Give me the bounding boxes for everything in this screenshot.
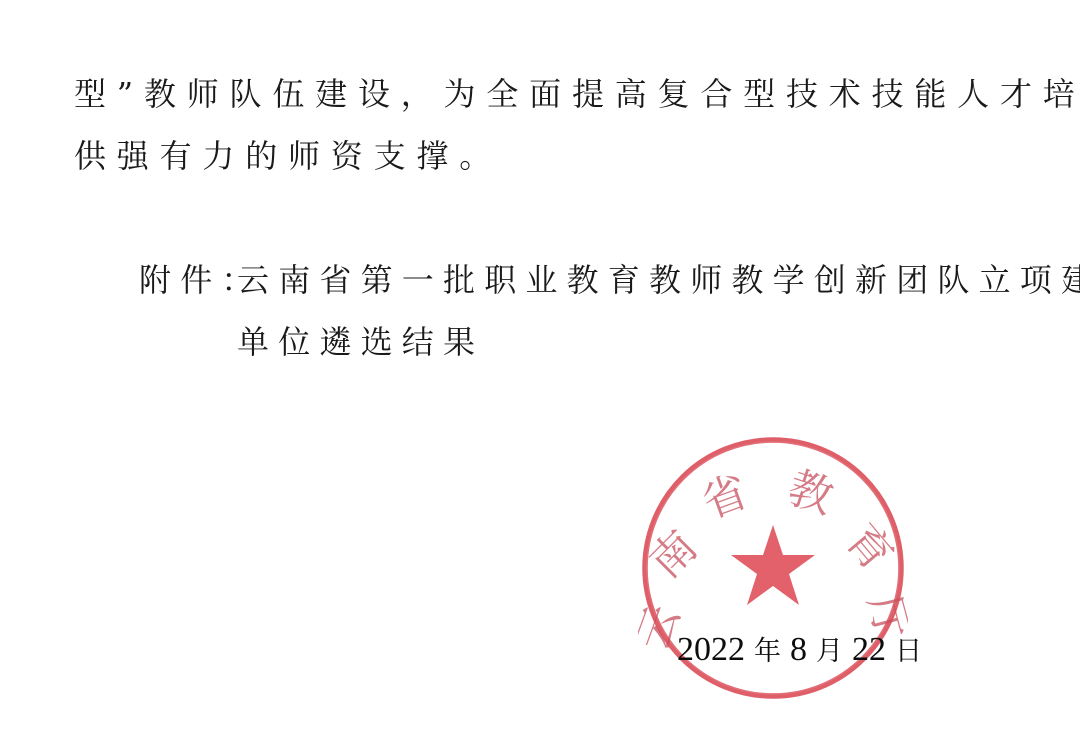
date-month: 8 [790, 631, 807, 668]
date-month-unit: 月 [816, 636, 843, 667]
attachment-title-line: 单位遴选结果 [237, 322, 484, 362]
attachment-title-line: 云南省第一批职业教育教师教学创新团队立项建设 [237, 260, 1080, 300]
document-page: 型”教师队伍建设，为全面提高复合型技术技能人才培养质量提 供强有力的师资支撑。 … [0, 0, 1080, 748]
date-day-unit: 日 [895, 636, 922, 667]
date-year: 2022 [677, 631, 745, 668]
svg-text:省: 省 [696, 466, 755, 529]
document-date: 2022年8月22日 [677, 628, 922, 674]
date-year-unit: 年 [754, 636, 781, 667]
star-icon [731, 525, 815, 605]
date-day: 22 [852, 631, 886, 668]
svg-text:教: 教 [782, 462, 840, 524]
body-text-line: 供强有力的师资支撑。 [74, 136, 502, 176]
body-text-line: 型”教师队伍建设，为全面提高复合型技术技能人才培养质量提 [74, 74, 1080, 114]
